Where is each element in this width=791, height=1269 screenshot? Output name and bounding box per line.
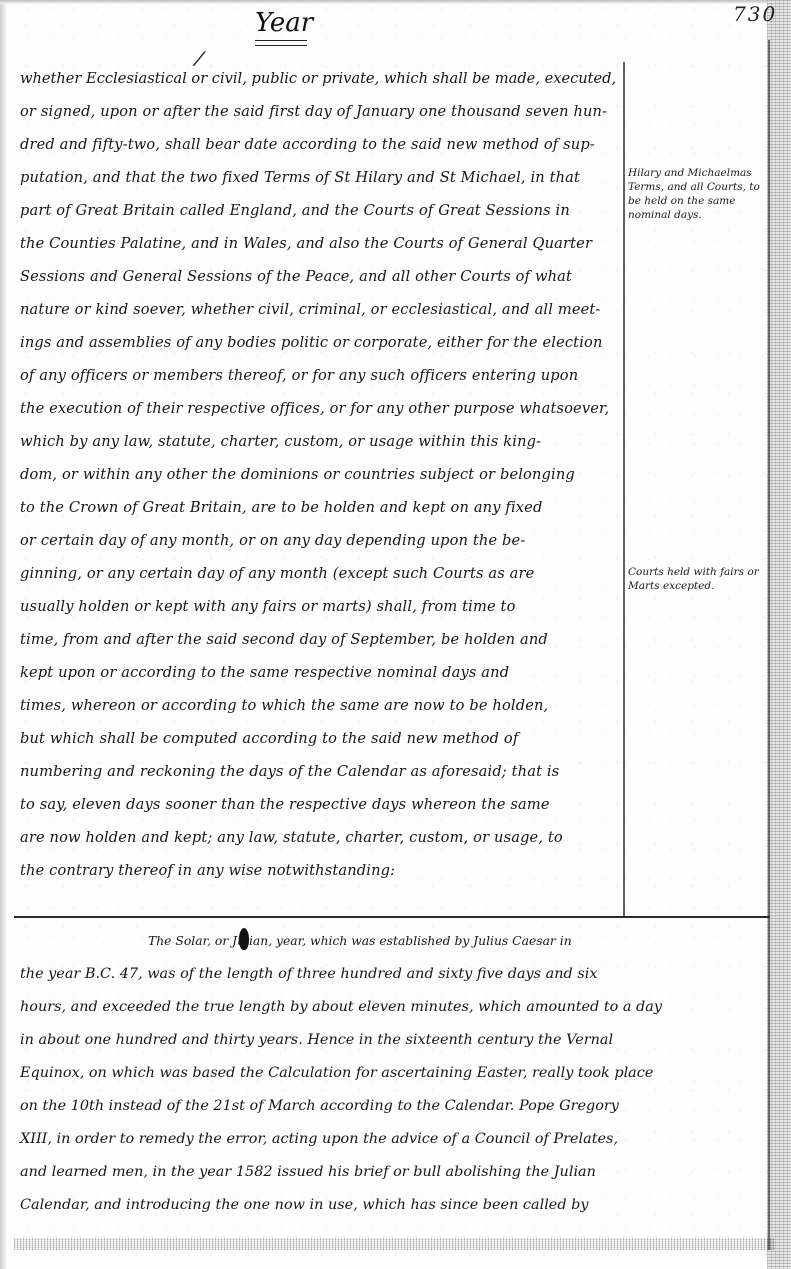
text-line: putation, and that the two fixed Terms o… [20, 161, 620, 194]
text-line: kept upon or according to the same respe… [20, 656, 620, 689]
text-line: usually holden or kept with any fairs or… [20, 590, 620, 623]
margin-note-fairs: Courts held with fairs or Marts excepted… [628, 565, 768, 593]
text-line: hours, and exceeded the true length by a… [20, 991, 780, 1024]
section-1-text: whether Ecclesiastical or civil, public … [20, 62, 620, 887]
text-line: times, whereon or according to which the… [20, 689, 620, 722]
text-line: the contrary thereof in any wise notwith… [20, 854, 620, 887]
text-line: nature or kind soever, whether civil, cr… [20, 293, 620, 326]
page-heading: Year [255, 8, 313, 38]
margin-note-terms: Hilary and Michaelmas Terms, and all Cou… [628, 166, 768, 222]
text-line: Equinox, on which was based the Calculat… [20, 1057, 780, 1090]
text-line: or certain day of any month, or on any d… [20, 524, 620, 557]
text-line: dred and fifty-two, shall bear date acco… [20, 128, 620, 161]
text-line: ginning, or any certain day of any month… [20, 557, 620, 590]
margin-rule [623, 62, 625, 917]
text-line: ings and assemblies of any bodies politi… [20, 326, 620, 359]
text-line: or signed, upon or after the said first … [20, 95, 620, 128]
section-divider [14, 916, 770, 918]
text-line: The Solar, or Julian, year, which was es… [20, 925, 791, 958]
text-line: on the 10th instead of the 21st of March… [20, 1090, 780, 1123]
text-line: part of Great Britain called England, an… [20, 194, 620, 227]
text-line: of any officers or members thereof, or f… [20, 359, 620, 392]
text-line: and learned men, in the year 1582 issued… [20, 1156, 780, 1189]
text-line: but which shall be computed according to… [20, 722, 620, 755]
section-2-text: The Solar, or Julian, year, which was es… [20, 925, 780, 1222]
text-line: the year B.C. 47, was of the length of t… [20, 958, 780, 991]
heading-underline [255, 40, 307, 46]
text-line: whether Ecclesiastical or civil, public … [20, 62, 620, 95]
text-line: the execution of their respective office… [20, 392, 620, 425]
text-line: to say, eleven days sooner than the resp… [20, 788, 620, 821]
text-line: Sessions and General Sessions of the Pea… [20, 260, 620, 293]
text-line: in about one hundred and thirty years. H… [20, 1024, 780, 1057]
text-line: are now holden and kept; any law, statut… [20, 821, 620, 854]
text-line: time, from and after the said second day… [20, 623, 620, 656]
text-line: XIII, in order to remedy the error, acti… [20, 1123, 780, 1156]
text-line: to the Crown of Great Britain, are to be… [20, 491, 620, 524]
scan-bottom-noise [14, 1238, 774, 1250]
text-line: the Counties Palatine, and in Wales, and… [20, 227, 620, 260]
page-number: 730 [733, 2, 777, 26]
text-line: which by any law, statute, charter, cust… [20, 425, 620, 458]
manuscript-page: Year / 730 whether Ecclesiastical or civ… [0, 0, 791, 1269]
scan-top-edge [0, 0, 791, 4]
text-line: numbering and reckoning the days of the … [20, 755, 620, 788]
text-line: dom, or within any other the dominions o… [20, 458, 620, 491]
scan-left-edge [0, 0, 6, 1269]
text-line: Calendar, and introducing the one now in… [20, 1189, 780, 1222]
